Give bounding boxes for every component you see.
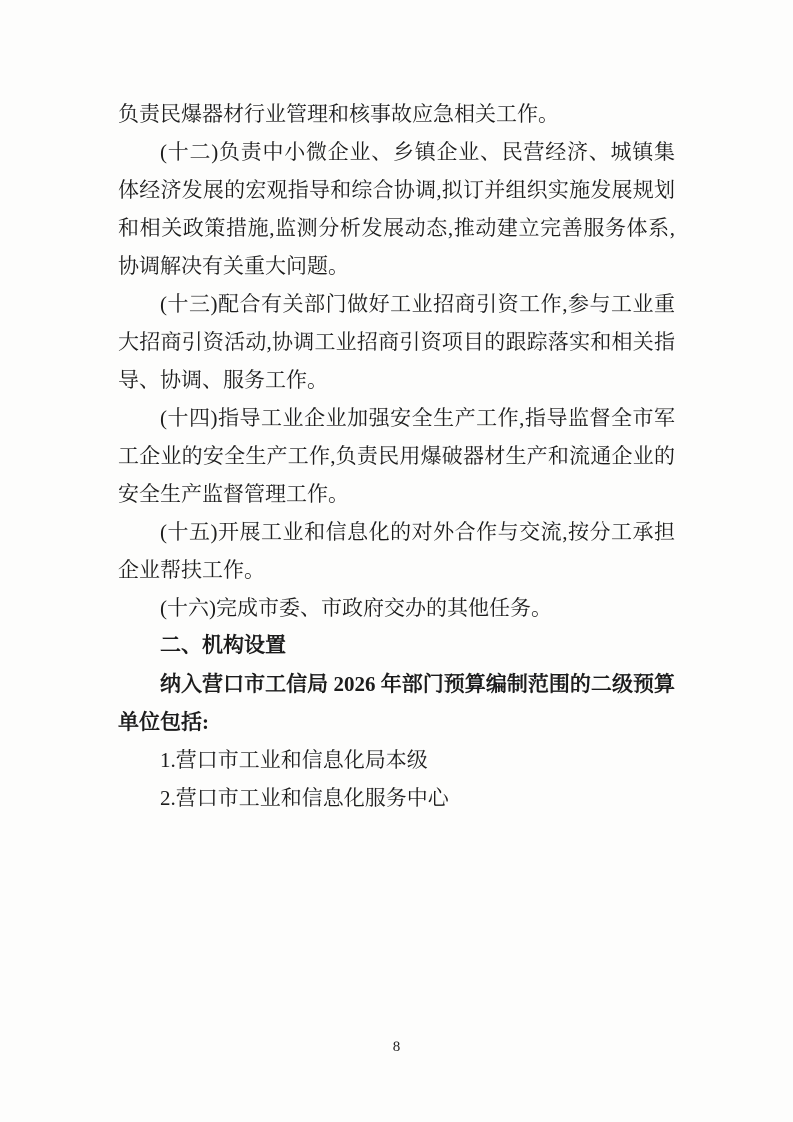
paragraph-item-15: (十五)开展工业和信息化的对外合作与交流,按分工承担企业帮扶工作。 xyxy=(118,513,675,589)
paragraph-item-16: (十六)完成市委、市政府交办的其他任务。 xyxy=(118,589,675,627)
page-number: 8 xyxy=(0,1037,793,1057)
document-page: 负责民爆器材行业管理和核事故应急相关工作。 (十二)负责中小微企业、乡镇企业、民… xyxy=(0,0,793,1122)
section-heading: 二、机构设置 xyxy=(118,627,675,665)
list-item-unit-2: 2.营口市工业和信息化服务中心 xyxy=(118,779,675,817)
list-item-unit-1: 1.营口市工业和信息化局本级 xyxy=(118,741,675,779)
paragraph-item-14: (十四)指导工业企业加强安全生产工作,指导监督全市军工企业的安全生产工作,负责民… xyxy=(118,399,675,513)
paragraph-budget-units-intro: 纳入营口市工信局 2026 年部门预算编制范围的二级预算单位包括: xyxy=(118,665,675,741)
page-content: 负责民爆器材行业管理和核事故应急相关工作。 (十二)负责中小微企业、乡镇企业、民… xyxy=(118,95,675,817)
paragraph-item-12: (十二)负责中小微企业、乡镇企业、民营经济、城镇集体经济发展的宏观指导和综合协调… xyxy=(118,133,675,285)
paragraph-continuation: 负责民爆器材行业管理和核事故应急相关工作。 xyxy=(118,95,675,133)
paragraph-item-13: (十三)配合有关部门做好工业招商引资工作,参与工业重大招商引资活动,协调工业招商… xyxy=(118,285,675,399)
